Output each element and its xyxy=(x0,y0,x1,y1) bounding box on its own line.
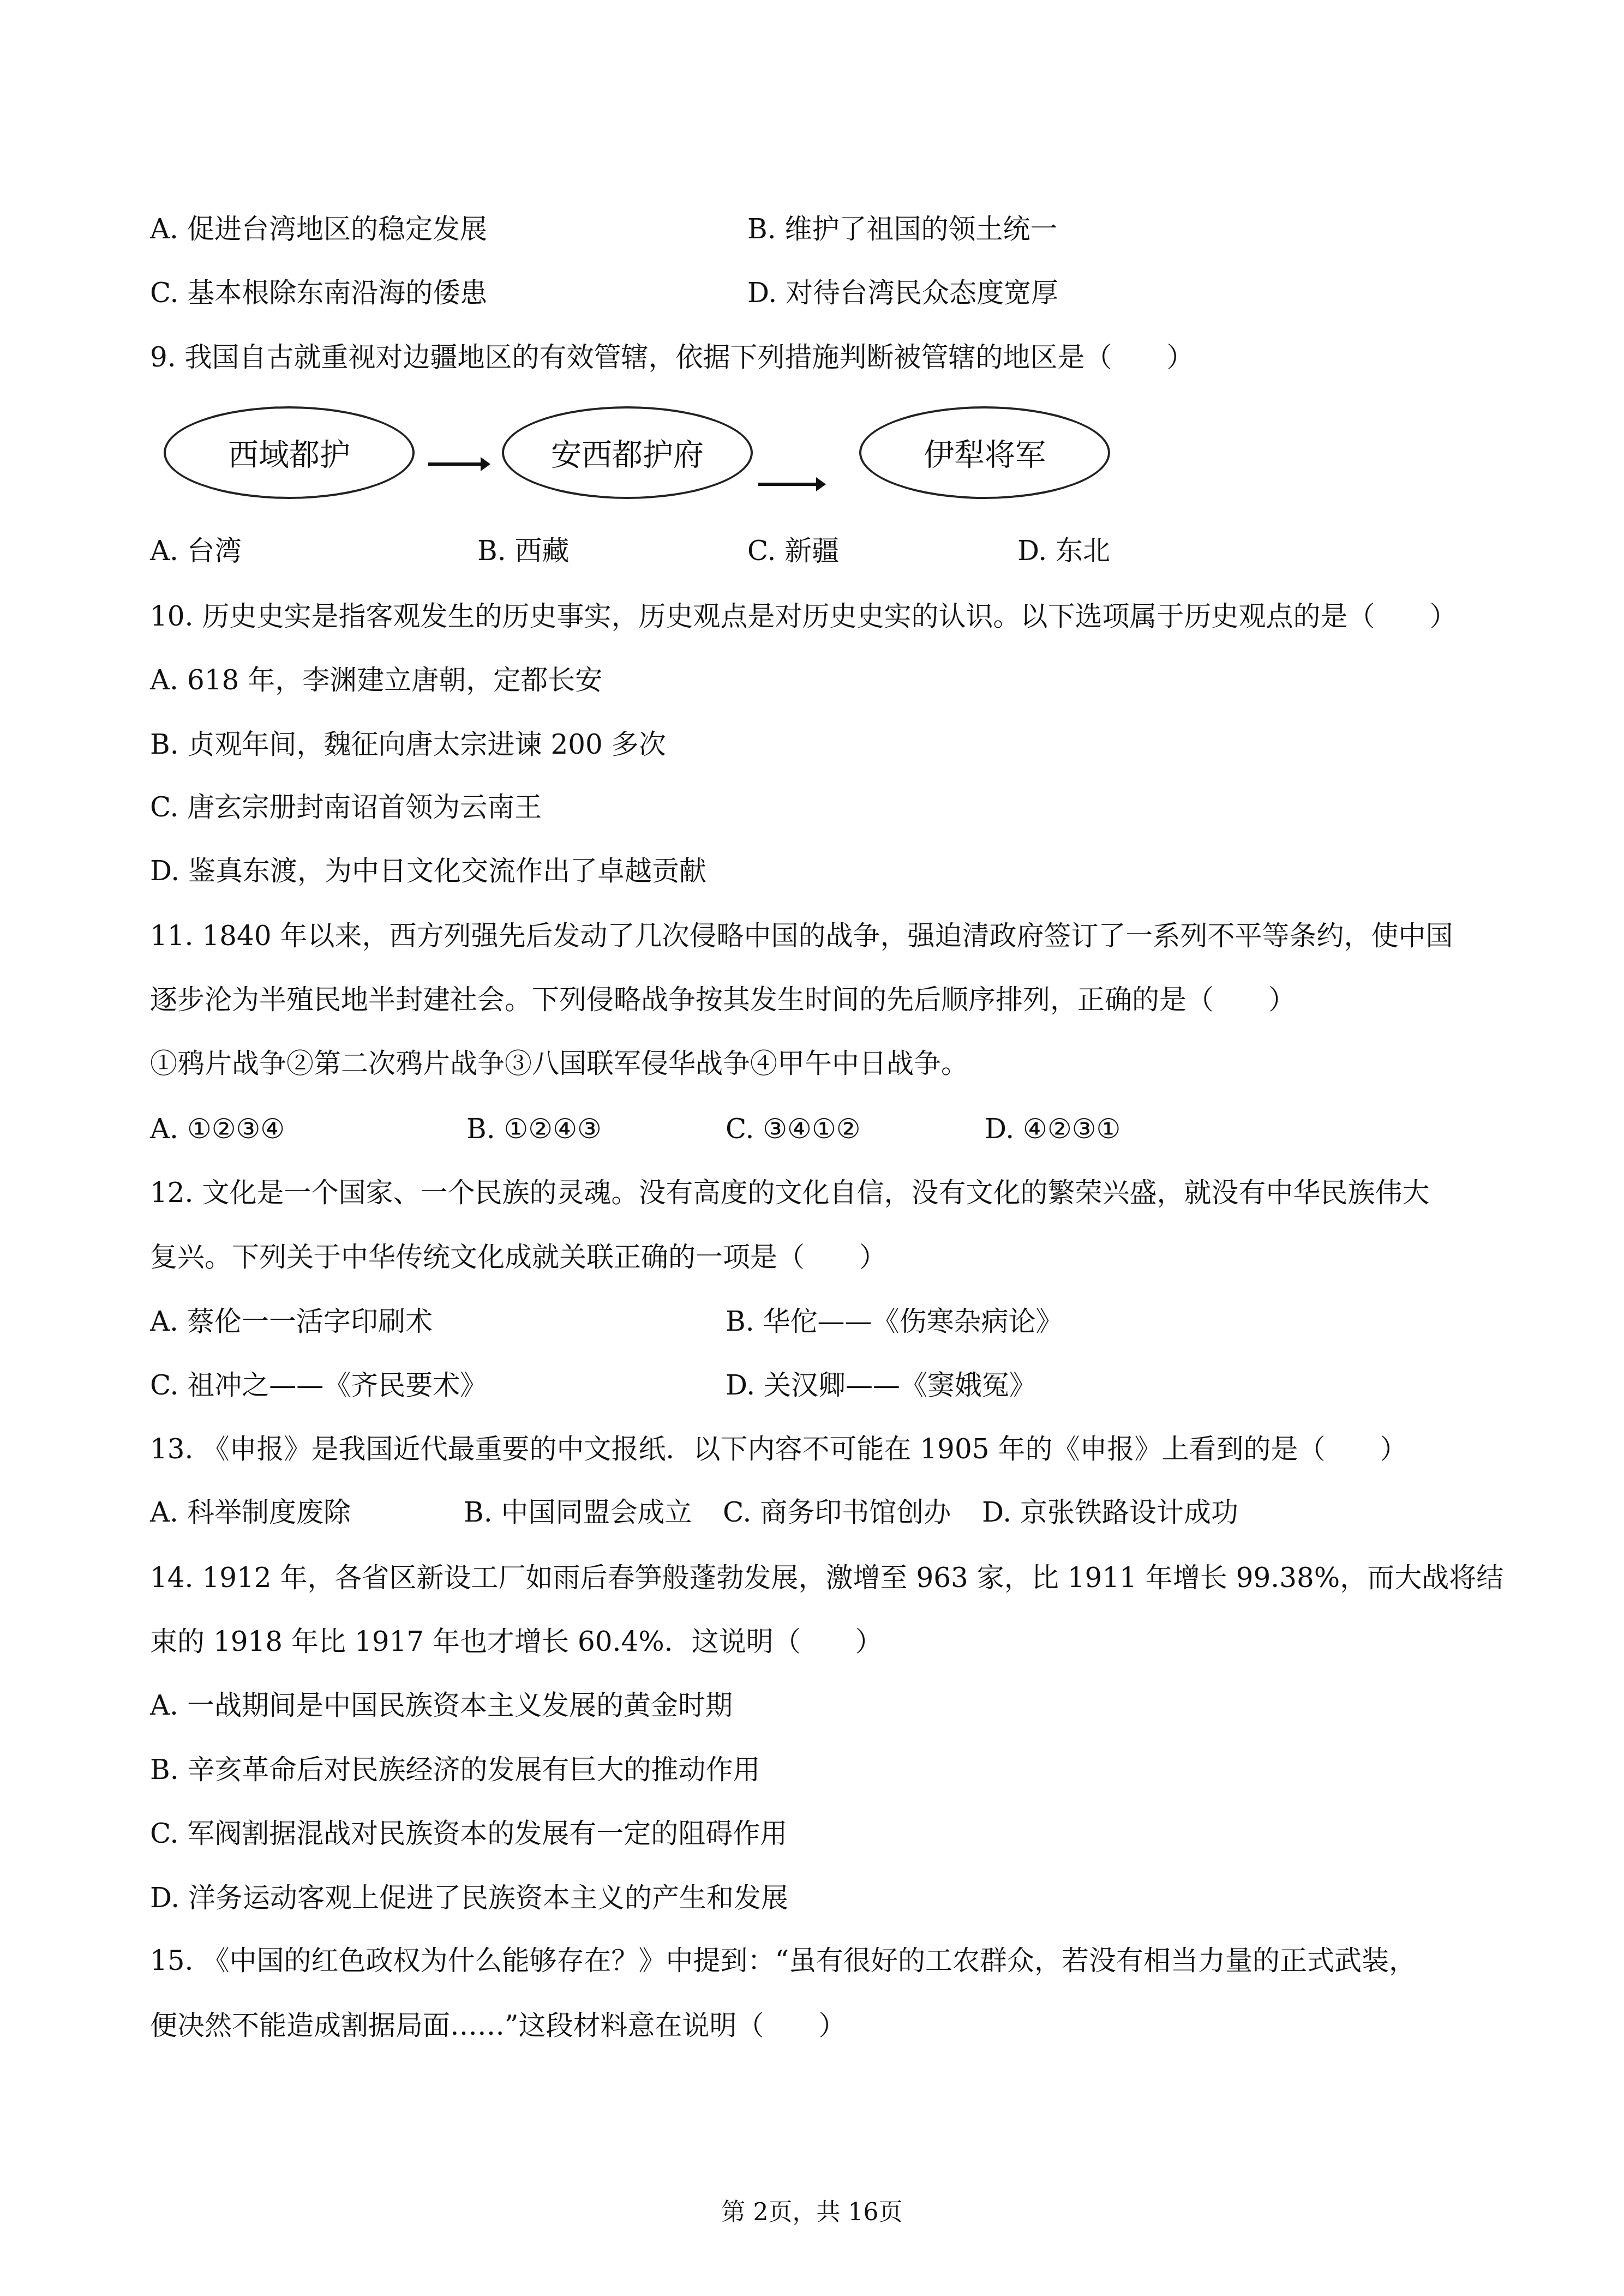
q11-option-a: A. ①②③④ xyxy=(150,1113,285,1145)
page-number: 第 2页，共 16页 xyxy=(0,2192,1624,2227)
q13-option-b: B. 中国同盟会成立 xyxy=(464,1496,692,1529)
q9-stem: 9. 我国自古就重视对边疆地区的有效管辖，依据下列措施判断被管辖的地区是（ ） xyxy=(150,341,1194,374)
q14-stem-line2: 束的 1918 年比 1917 年也才增长 60.4%．这说明（ ） xyxy=(150,1625,883,1658)
q11-option-d: D. ④②③① xyxy=(985,1113,1120,1145)
q13-option-a: A. 科举制度废除 xyxy=(150,1496,351,1529)
q8-option-b: B. 维护了祖国的领土统一 xyxy=(747,213,1058,245)
arrow-right-icon xyxy=(758,483,818,486)
q9-option-a: A. 台湾 xyxy=(150,534,242,567)
q13-option-c: C. 商务印书馆创办 xyxy=(723,1496,951,1529)
q11-items: ①鸦片战争②第二次鸦片战争③八国联军侵华战争④甲午中日战争。 xyxy=(150,1047,968,1080)
q9-option-d: D. 东北 xyxy=(1017,534,1110,567)
q8-option-c: C. 基本根除东南沿海的倭患 xyxy=(150,277,487,309)
arrow-right-icon xyxy=(428,462,483,466)
q10-option-d: D. 鉴真东渡，为中日文化交流作出了卓越贡献 xyxy=(150,855,706,887)
diagram-node-2: 安西都护府 xyxy=(502,406,753,499)
q12-option-b: B. 华佗——《伤寒杂病论》 xyxy=(726,1305,1063,1338)
q8-option-d: D. 对待台湾民众态度宽厚 xyxy=(747,277,1058,309)
q12-option-a: A. 蔡伦一一活字印刷术 xyxy=(150,1305,433,1338)
q10-option-a: A. 618 年，李渊建立唐朝，定都长安 xyxy=(150,664,602,696)
q15-stem-line1: 15. 《中国的红色政权为什么能够存在？》中提到：“虽有很好的工农群众，若没有相… xyxy=(150,1944,1416,1977)
diagram-node-3: 伊犁将军 xyxy=(859,406,1110,499)
q15-stem-line2: 便决然不能造成割据局面……”这段材料意在说明（ ） xyxy=(150,2009,846,2042)
q9-option-b: B. 西藏 xyxy=(477,534,570,567)
q13-option-d: D. 京张铁路设计成功 xyxy=(982,1496,1238,1529)
q14-stem-line1: 14. 1912 年，各省区新设工厂如雨后春笋般蓬勃发展，激增至 963 家，比… xyxy=(150,1561,1503,1594)
q12-option-d: D. 关汉卿——《窦娥冤》 xyxy=(726,1369,1036,1402)
diagram-node-1: 西域都护 xyxy=(164,406,415,499)
q14-option-b: B. 辛亥革命后对民族经济的发展有巨大的推动作用 xyxy=(150,1753,760,1786)
q14-option-d: D. 洋务运动客观上促进了民族资本主义的产生和发展 xyxy=(150,1882,788,1914)
q11-stem-line2: 逐步沦为半殖民地半封建社会。下列侵略战争按其发生时间的先后顺序排列，正确的是（ … xyxy=(150,983,1296,1016)
q12-option-c: C. 祖冲之——《齐民要术》 xyxy=(150,1369,487,1402)
q10-option-c: C. 唐玄宗册封南诏首领为云南王 xyxy=(150,791,542,824)
q8-option-a: A. 促进台湾地区的稳定发展 xyxy=(150,213,487,245)
q13-stem: 13. 《申报》是我国近代最重要的中文报纸．以下内容不可能在 1905 年的《申… xyxy=(150,1433,1407,1465)
q14-option-c: C. 军阀割据混战对民族资本的发展有一定的阻碍作用 xyxy=(150,1817,787,1850)
q10-option-b: B. 贞观年间，魏征向唐太宗进谏 200 多次 xyxy=(150,728,666,761)
q10-stem: 10. 历史史实是指客观发生的历史事实，历史观点是对历史史实的认识。以下选项属于… xyxy=(150,600,1457,633)
q11-option-c: C. ③④①② xyxy=(726,1113,861,1145)
q11-option-b: B. ①②④③ xyxy=(466,1113,602,1145)
q12-stem-line1: 12. 文化是一个国家、一个民族的灵魂。没有高度的文化自信，没有文化的繁荣兴盛，… xyxy=(150,1176,1429,1209)
q14-option-a: A. 一战期间是中国民族资本主义发展的黄金时期 xyxy=(150,1689,733,1722)
q12-stem-line2: 复兴。下列关于中华传统文化成就关联正确的一项是（ ） xyxy=(150,1241,886,1273)
q9-diagram: 西域都护 安西都护府 伊犁将军 xyxy=(153,406,1107,504)
q11-stem-line1: 11. 1840 年以来，西方列强先后发动了几次侵略中国的战争，强迫清政府签订了… xyxy=(150,919,1453,952)
q9-option-c: C. 新疆 xyxy=(747,534,839,567)
